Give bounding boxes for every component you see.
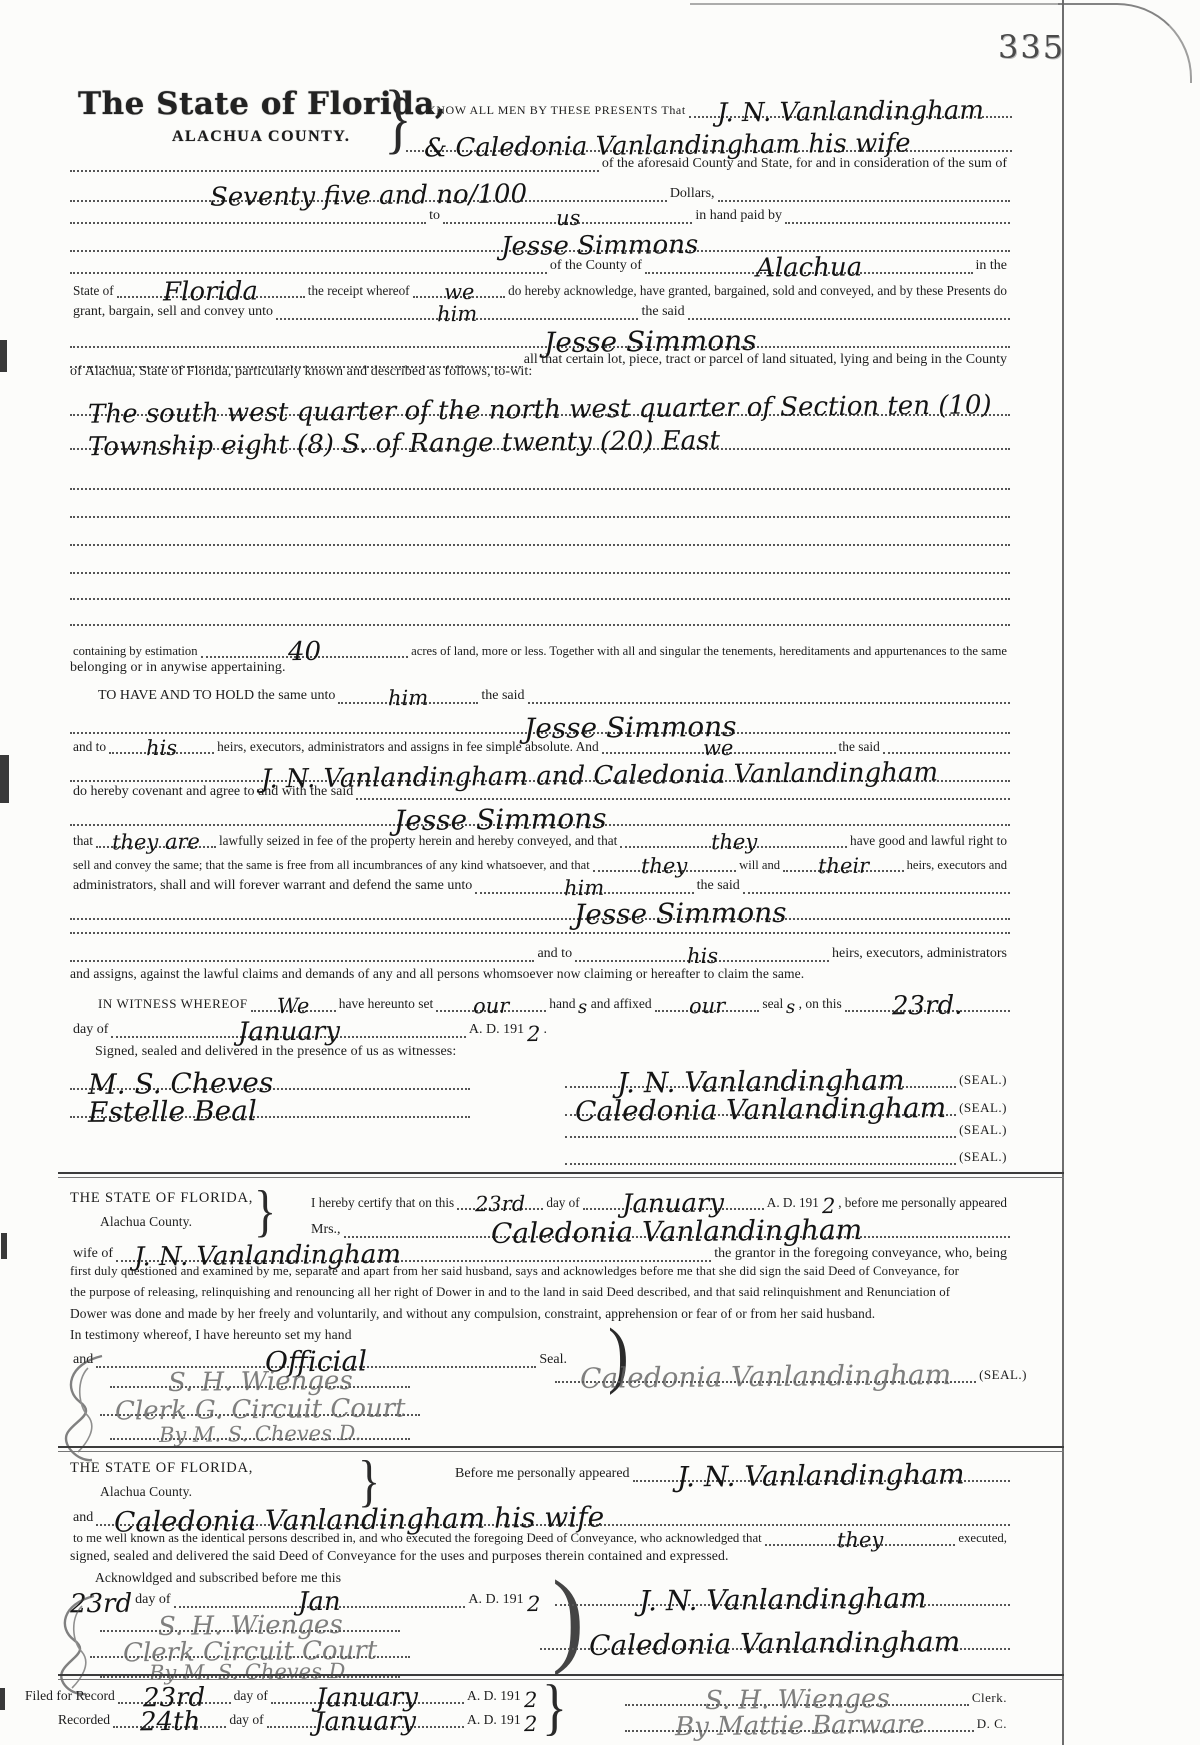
seized-text: lawfully seized in fee of the property h…: [216, 833, 620, 848]
dotted-line: M. S. Cheves: [70, 1060, 470, 1090]
dotted-line: 24th: [113, 1702, 226, 1728]
notary2-seal-brace: ): [552, 1556, 584, 1678]
in-hand-label: in hand paid by: [692, 208, 785, 224]
dotted-line: Caledonia Vanlandingham: [540, 1620, 1010, 1650]
recorded-label: Recorded: [55, 1712, 113, 1728]
dotted-line: 23rd: [457, 1184, 543, 1210]
seal-word-label: seal: [759, 996, 786, 1012]
notary1-appeared-handwritten: Caledonia Vanlandingham: [491, 1230, 862, 1234]
land-description-2: Township eight (8) S. of Range twenty (2…: [88, 441, 720, 448]
dotted-line: S. H. Wienges: [625, 1678, 969, 1706]
dotted-line: [743, 870, 1010, 894]
acknowledge-text: do hereby acknowledge, have granted, bar…: [505, 283, 1010, 298]
notary1-ad-label: A. D. 191: [764, 1195, 822, 1210]
dotted-line: [70, 152, 599, 172]
the-said-label: the said: [638, 304, 687, 320]
dotted-line: [70, 940, 534, 962]
notary1-brace: }: [254, 1177, 276, 1243]
dotted-line: Caledonia Vanlandingham: [565, 1086, 956, 1116]
month-handwritten: January: [238, 1031, 340, 1032]
dotted-line: January: [111, 1012, 466, 1038]
grantee-handwritten-3: Jesse Simmons: [394, 819, 607, 821]
dotted-line: We: [251, 986, 336, 1012]
dotted-line: January: [267, 1702, 464, 1728]
dotted-line: S. H. Wienges: [100, 1604, 400, 1632]
notary2-person1-handwritten: J. N. Vanlandingham: [677, 1474, 965, 1477]
notary2-para2: signed, sealed and delivered the said De…: [70, 1548, 729, 1564]
record-deputy-signature: By Mattie Barware: [675, 1725, 925, 1728]
dotted-line: Seventy five and no/100: [70, 176, 667, 202]
dollars-label: Dollars,: [667, 186, 718, 202]
aforesaid-text: of the aforesaid County and State, for a…: [599, 156, 1010, 172]
dotted-line: January: [583, 1184, 764, 1210]
dotted-line: By Mattie Barware: [625, 1704, 974, 1732]
filed-day-handwritten: 23rd: [143, 1698, 205, 1699]
dotted-line: [356, 778, 1010, 800]
dotted-line: [785, 202, 1010, 224]
ad-label: A. D. 191: [466, 1022, 527, 1038]
notary1-day-of-label: day of: [543, 1195, 582, 1210]
certify-label: I hereby certify that on this: [308, 1195, 457, 1210]
notary1-clerk-title: Clerk G. Circuit Court: [115, 1408, 406, 1411]
payer-handwritten: Jesse Simmons: [501, 245, 698, 247]
filed-label: Filed for Record: [22, 1688, 118, 1704]
dotted-line: By M. S. Cheves D.: [110, 1414, 410, 1440]
amount-handwritten: Seventy five and no/100: [210, 194, 527, 197]
dotted-line: [70, 502, 1010, 518]
dotted-line: Jesse Simmons: [70, 320, 1010, 348]
filed-day-of-label: day of: [231, 1688, 271, 1704]
seal-label: (SEAL.): [956, 1123, 1010, 1138]
grant-text: grant, bargain, sell and convey unto: [70, 304, 276, 320]
dotted-line: J. N. Vanlandingham: [633, 1454, 1010, 1482]
notary1-clerk-signature: S. H. Wienges: [168, 1381, 353, 1383]
situated-text: all that certain lot, piece, tract or pa…: [521, 352, 1010, 368]
seal-label: (SEAL.): [976, 1368, 1030, 1383]
dotted-line: him: [338, 680, 478, 704]
dotted-line: [565, 1116, 956, 1138]
grantee-handwritten: Jesse Simmons: [544, 341, 757, 343]
record-clerk-signature: S. H. Wienges: [705, 1699, 890, 1701]
record-brace: }: [542, 1672, 567, 1743]
dotted-line: Jesse Simmons: [70, 798, 1010, 826]
dotted-line: Caledonia Vanlandingham: [555, 1353, 976, 1383]
notary1-state: THE STATE OF FLORIDA,: [70, 1190, 253, 1207]
recorded-day-of-label: day of: [226, 1712, 266, 1728]
witness-signature-1: M. S. Cheves: [88, 1083, 273, 1085]
receipt-label: the receipt whereof: [305, 283, 413, 298]
grantor-name-2: & Caledonia Vanlandingham his wife: [424, 143, 911, 148]
dotted-line: Jesse Simmons: [70, 226, 1010, 252]
dotted-line: 23rd.: [845, 986, 1010, 1012]
dotted-line: The south west quarter of the north west…: [70, 384, 1010, 416]
dotted-line: Alachua: [645, 250, 973, 274]
belonging-text: belonging or in anywise appertaining.: [70, 660, 286, 676]
scan-blotch: [1, 1233, 7, 1259]
state-name-handwritten: Florida: [163, 292, 258, 293]
dotted-line: him: [276, 298, 639, 320]
dotted-line: his: [109, 730, 214, 754]
dotted-line: us: [443, 202, 692, 224]
the-said-label-2: the said: [478, 688, 527, 704]
acres-text: acres of land, more or less. Together wi…: [408, 644, 1010, 658]
dotted-line: [718, 176, 1010, 202]
notary1-deputy-signature: By M. S. Cheves D.: [159, 1433, 361, 1435]
towit-text: of Alachua, State of Florida, particular…: [70, 364, 532, 380]
dotted-line: they: [620, 824, 847, 848]
section-divider: [58, 1172, 1064, 1178]
dotted-line: 23rd: [118, 1678, 231, 1704]
wife-of-label: wife of: [70, 1246, 116, 1262]
filed-month-handwritten: January: [316, 1697, 418, 1698]
know-all-label: KNOW ALL MEN BY THESE PRESENTS That: [424, 104, 689, 118]
dotted-line: [528, 680, 1011, 704]
hereunto-label: have hereunto set: [336, 996, 436, 1012]
dotted-line: [70, 558, 1010, 574]
notary1-para1: first duly questioned and examined by me…: [70, 1264, 959, 1279]
period-label: .: [541, 1022, 551, 1038]
notary1-husband-handwritten: J. N. Vanlandingham: [134, 1255, 401, 1258]
containing-label: containing by estimation: [70, 644, 201, 658]
on-this-label: , on this: [796, 996, 845, 1012]
known-text: to me well known as the identical person…: [70, 1531, 765, 1546]
and-to-label-2: and to: [534, 946, 575, 962]
county-name-handwritten: Alachua: [756, 267, 862, 268]
dotted-line: [70, 250, 547, 274]
dotted-line: [70, 202, 426, 224]
dotted-line: J. N. Vanlandingham: [689, 86, 1012, 118]
dotted-line: their: [783, 848, 904, 872]
seal-label: (SEAL.): [956, 1150, 1010, 1165]
their-handwritten: their: [818, 866, 869, 867]
seal-label: (SEAL.): [956, 1101, 1010, 1116]
scan-blotch: [0, 755, 9, 803]
notary2-signature-1: J. N. Vanlandingham: [639, 1598, 927, 1601]
dotted-line: we: [413, 274, 506, 298]
of-county-label: of the County of: [547, 258, 645, 274]
notary2-clerk-signature: S. H. Wienges: [158, 1625, 343, 1627]
section-divider: [58, 1446, 1064, 1452]
seal-label: (SEAL.): [956, 1073, 1010, 1088]
dotted-line: Jesse Simmons: [70, 892, 1010, 920]
form-county: ALACHUA COUNTY.: [172, 128, 350, 146]
deed-record-page: 335 The State of Florida, ALACHUA COUNTY…: [0, 0, 1200, 1745]
witness-signature-2: Estelle Beal: [88, 1111, 257, 1113]
heirs-label-2: heirs, executors, administrators: [829, 946, 1010, 962]
to-label: to: [426, 208, 443, 224]
page-corner-curl: [1058, 3, 1192, 83]
notary1-para3: Dower was done and made by her freely an…: [70, 1306, 875, 1322]
scan-blotch: [0, 340, 7, 372]
notary1-before-label: , before me personally appeared: [835, 1195, 1010, 1210]
they-are-handwritten: they are: [112, 842, 200, 843]
clerk-label: Clerk.: [969, 1691, 1010, 1706]
grantee-handwritten-4: Jesse Simmons: [574, 913, 787, 915]
scan-edge-line: [1062, 0, 1064, 1745]
dotted-line: they are: [96, 824, 216, 848]
grantor-signature-2: Caledonia Vanlandingham: [575, 1108, 946, 1112]
day-of-label: day of: [70, 1022, 111, 1038]
grantor-name-1: J. N. Vanlandingham: [717, 111, 984, 114]
notary1-para2: the purpose of releasing, relinquishing …: [70, 1285, 950, 1300]
notary2-ad-label: A. D. 191: [465, 1592, 526, 1608]
grantor-signature-1: J. N. Vanlandingham: [617, 1080, 905, 1083]
dotted-line: [565, 1143, 956, 1165]
dotted-line: [70, 474, 1010, 490]
grantee-handwritten-2: Jesse Simmons: [524, 727, 737, 729]
land-description-1: The south west quarter of the north west…: [88, 405, 992, 414]
dotted-line: our: [655, 986, 760, 1012]
dotted-line: [688, 298, 1010, 320]
page-top-edge: [690, 3, 1060, 5]
deputy-clerk-label: D. C.: [974, 1717, 1010, 1732]
state-of-label: State of: [70, 283, 117, 298]
dotted-line: they: [593, 848, 736, 872]
dotted-line: his: [575, 940, 829, 962]
dotted-line: January: [271, 1678, 464, 1704]
dotted-line: J. N. Vanlandingham: [116, 1236, 711, 1262]
in-the-label: in the: [973, 258, 1011, 274]
dotted-line: Caledonia Vanlandingham: [344, 1210, 1010, 1238]
to-have-label: TO HAVE AND TO HOLD the same unto: [95, 688, 338, 704]
dotted-line: [883, 730, 1010, 754]
dotted-line: [70, 918, 1010, 934]
notary1-county: Alachua County.: [100, 1214, 192, 1230]
dotted-line: they: [765, 1522, 956, 1546]
scan-blotch: [0, 1688, 5, 1710]
signed-presence-text: Signed, sealed and delivered in the pres…: [95, 1044, 456, 1060]
before-label: Before me personally appeared: [452, 1466, 633, 1482]
witness-whereof-label: IN WITNESS WHEREOF: [95, 997, 251, 1012]
notary1-day-handwritten: 23rd: [475, 1204, 525, 1205]
recorded-day-handwritten: 24th: [140, 1722, 200, 1723]
dotted-line: 40: [201, 634, 409, 658]
page-number: 335: [998, 28, 1065, 66]
dotted-line: S. H. Wienges: [110, 1360, 410, 1388]
assigns-text: and assigns, against the lawful claims a…: [70, 966, 804, 982]
dotted-line: we: [602, 730, 836, 754]
notary2-signature-2: Caledonia Vanlandingham: [589, 1642, 960, 1646]
day-handwritten: 23rd.: [892, 1006, 962, 1007]
notary2-deputy-signature: By M. S. Cheves D.: [149, 1671, 351, 1673]
hand-label: hand: [546, 996, 578, 1012]
dotted-line: J. N. Vanlandingham: [565, 1058, 956, 1088]
that-label: that: [70, 833, 96, 848]
notary2-person2-handwritten: Caledonia Vanlandingham his wife: [114, 1517, 604, 1522]
filed-ad-label: A. D. 191: [464, 1688, 524, 1704]
dotted-line: [70, 530, 1010, 546]
dotted-line: him: [475, 870, 693, 894]
dotted-line: [70, 584, 1010, 600]
notary2-state: THE STATE OF FLORIDA,: [70, 1460, 253, 1477]
affixed-label: and affixed: [588, 996, 655, 1012]
dotted-line: Estelle Beal: [70, 1088, 470, 1118]
dotted-line: J. N. Vanlandingham: [555, 1576, 1010, 1606]
dotted-line: [70, 610, 1010, 626]
dotted-line: Township eight (8) S. of Range twenty (2…: [70, 418, 1010, 450]
good-right-text: have good and lawful right to: [847, 833, 1010, 848]
dotted-line: & Caledonia Vanlandingham his wife: [406, 120, 1012, 152]
recorded-month-handwritten: January: [314, 1721, 416, 1722]
dotted-line: our: [436, 986, 546, 1012]
notary1-signer-signature: Caledonia Vanlandingham: [580, 1375, 951, 1379]
executed-label: executed,: [955, 1531, 1010, 1546]
notary1-month-handwritten: January: [622, 1203, 724, 1204]
notary2-clerk-title: Clerk Circuit Court: [123, 1651, 377, 1654]
dotted-line: Florida: [117, 274, 305, 298]
recorded-ad-label: A. D. 191: [464, 1712, 524, 1728]
grantor-text: the grantor in the foregoing conveyance,…: [711, 1246, 1010, 1262]
dotted-line: Clerk G. Circuit Court: [100, 1388, 420, 1416]
